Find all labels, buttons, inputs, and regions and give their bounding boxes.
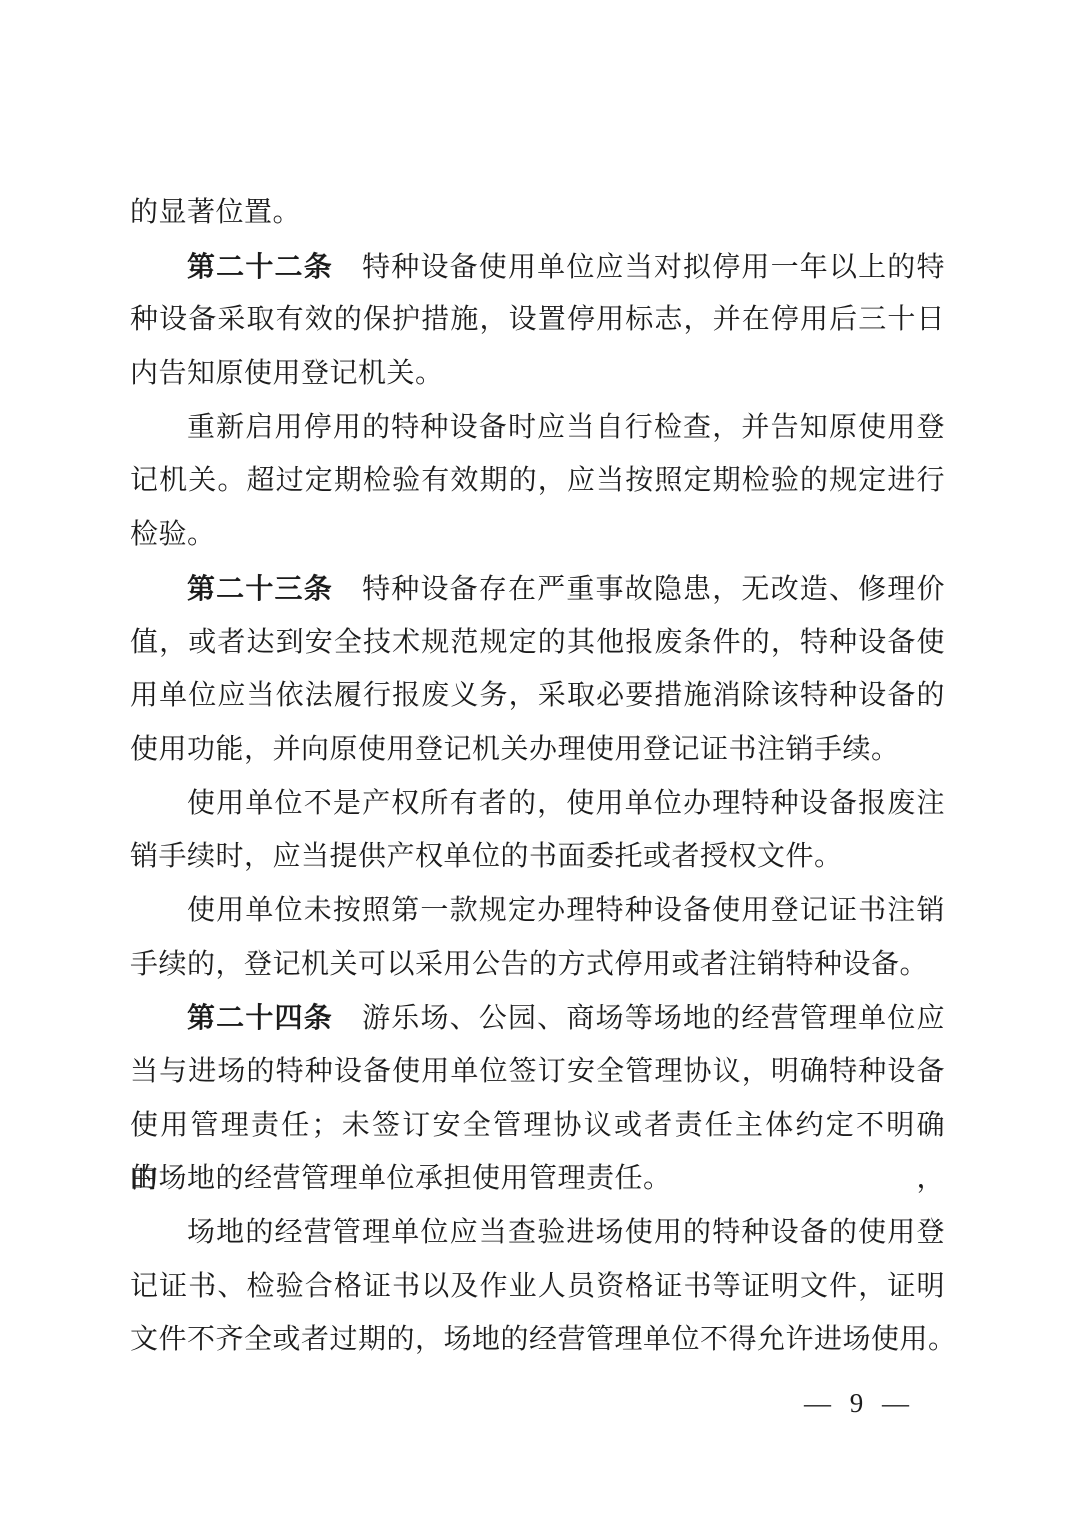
text-line: 当与进场的特种设备使用单位签订安全管理协议，明确特种设备	[130, 1045, 945, 1099]
text-line: 场地的经营管理单位应当查验进场使用的特种设备的使用登	[130, 1206, 945, 1260]
text-line-article-start: 第二十二条 特种设备使用单位应当对拟停用一年以上的特	[130, 240, 945, 294]
text-line-article-start: 第二十三条 特种设备存在严重事故隐患，无改造、修理价	[130, 562, 945, 616]
text-line: 记证书、检验合格证书以及作业人员资格证书等证明文件，证明	[130, 1260, 945, 1314]
text-line: 种设备采取有效的保护措施，设置停用标志，并在停用后三十日	[130, 293, 945, 347]
text-line: 记机关。超过定期检验有效期的，应当按照定期检验的规定进行	[130, 454, 945, 508]
document-page: 的显著位置。第二十二条 特种设备使用单位应当对拟停用一年以上的特种设备采取有效的…	[0, 0, 1074, 1520]
text-line: 的显著位置。	[130, 186, 945, 240]
text-line: 用单位应当依法履行报废义务，采取必要措施消除该特种设备的	[130, 669, 945, 723]
text-line: 内告知原使用登记机关。	[130, 347, 945, 401]
text-line: 手续的，登记机关可以采用公告的方式停用或者注销特种设备。	[130, 938, 945, 992]
page-number: — 9 —	[804, 1383, 915, 1423]
document-body: 的显著位置。第二十二条 特种设备使用单位应当对拟停用一年以上的特种设备采取有效的…	[130, 186, 945, 1367]
text-line: 使用管理责任；未签订安全管理协议或者责任主体约定不明确的，	[130, 1099, 945, 1153]
text-line: 使用功能，并向原使用登记机关办理使用登记证书注销手续。	[130, 723, 945, 777]
text-line: 值，或者达到安全技术规范规定的其他报废条件的，特种设备使	[130, 616, 945, 670]
text-line-article-start: 第二十四条 游乐场、公园、商场等场地的经营管理单位应	[130, 991, 945, 1045]
article-number-heading: 第二十二条	[187, 251, 333, 282]
text-line: 销手续时，应当提供产权单位的书面委托或者授权文件。	[130, 830, 945, 884]
text-line: 检验。	[130, 508, 945, 562]
text-line: 重新启用停用的特种设备时应当自行检查，并告知原使用登	[130, 401, 945, 455]
text-line: 使用单位不是产权所有者的，使用单位办理特种设备报废注	[130, 777, 945, 831]
article-number-heading: 第二十三条	[187, 573, 333, 604]
text-line: 文件不齐全或者过期的，场地的经营管理单位不得允许进场使用。	[130, 1313, 945, 1367]
article-number-heading: 第二十四条	[187, 1002, 333, 1033]
text-line: 使用单位未按照第一款规定办理特种设备使用登记证书注销	[130, 884, 945, 938]
